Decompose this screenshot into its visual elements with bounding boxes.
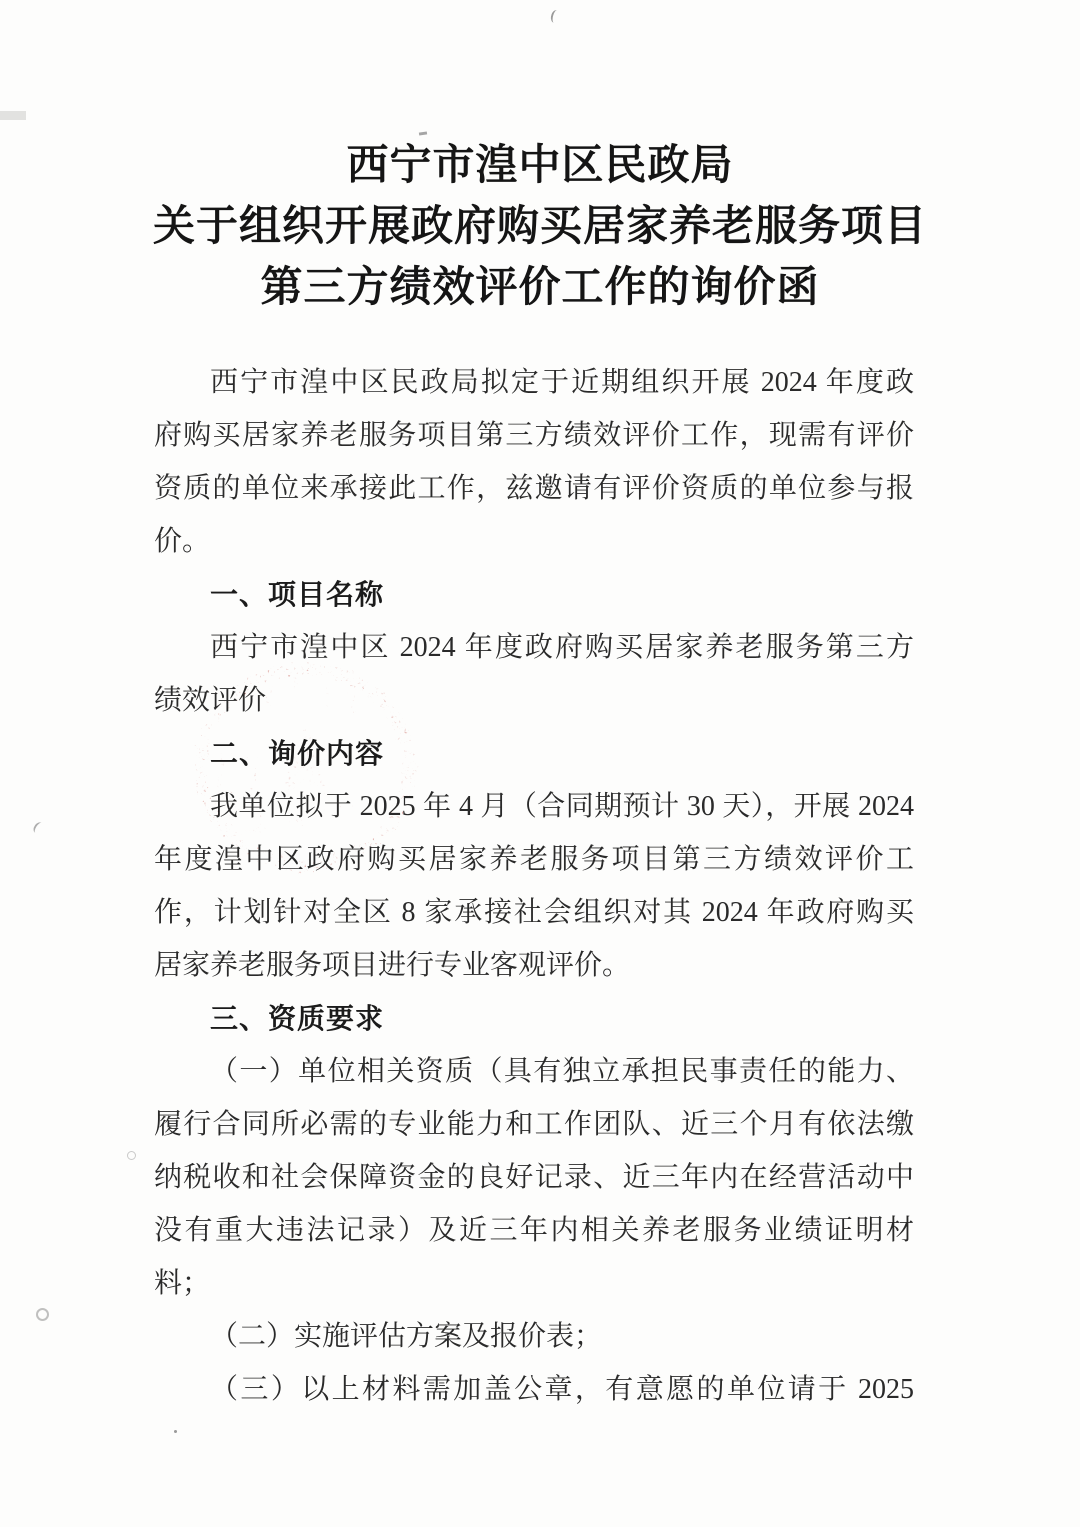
title-line-3: 第三方绩效评价工作的询价函: [0, 258, 1080, 319]
body-line: 府购买居家养老服务项目第三方绩效评价工作，现需有评价: [154, 409, 914, 462]
body-line: 履行合同所必需的专业能力和工作团队、近三个月有依法缴: [154, 1098, 914, 1151]
body-line: （三）以上材料需加盖公章，有意愿的单位请于 2025: [154, 1363, 914, 1416]
scan-artifact: [127, 1151, 136, 1160]
body-line: 作，计划针对全区 8 家承接社会组织对其 2024 年政府购买: [154, 886, 914, 939]
title-line-2: 关于组织开展政府购买居家养老服务项目: [0, 197, 1080, 258]
body-line: 没有重大违法记录）及近三年内相关养老服务业绩证明材: [154, 1204, 914, 1257]
body-line: 西宁市湟中区 2024 年度政府购买居家养老服务第三方: [154, 621, 914, 674]
document-body: 西宁市湟中区民政局拟定于近期组织开展 2024 年度政 府购买居家养老服务项目第…: [154, 356, 914, 1416]
body-line: 绩效评价: [154, 674, 914, 727]
body-line: （二）实施评估方案及报价表；: [154, 1310, 914, 1363]
body-line: 西宁市湟中区民政局拟定于近期组织开展 2024 年度政: [154, 356, 914, 409]
body-line: 资质的单位来承接此工作，兹邀请有评价资质的单位参与报: [154, 462, 914, 515]
body-line: 我单位拟于 2025 年 4 月（合同期预计 30 天），开展 2024: [154, 780, 914, 833]
scan-artifact: [36, 1308, 49, 1321]
scanned-document-page: 西宁市湟中区民政局 关于组织开展政府购买居家养老服务项目 第三方绩效评价工作的询…: [0, 0, 1080, 1527]
body-line: 料；: [154, 1257, 914, 1310]
body-line: 纳税收和社会保障资金的良好记录、近三年内在经营活动中: [154, 1151, 914, 1204]
document-title: 西宁市湟中区民政局 关于组织开展政府购买居家养老服务项目 第三方绩效评价工作的询…: [0, 136, 1080, 319]
scan-artifact: [550, 9, 562, 24]
body-line: 年度湟中区政府购买居家养老服务项目第三方绩效评价工: [154, 833, 914, 886]
section-heading-3: 三、资质要求: [154, 992, 914, 1045]
section-heading-1: 一、项目名称: [154, 568, 914, 621]
scan-artifact: [174, 1430, 177, 1433]
body-line: （一）单位相关资质（具有独立承担民事责任的能力、: [154, 1045, 914, 1098]
section-heading-2: 二、询价内容: [154, 727, 914, 780]
body-line: 价。: [154, 515, 914, 568]
body-line: 居家养老服务项目进行专业客观评价。: [154, 939, 914, 992]
scan-artifact: [0, 111, 26, 120]
scan-artifact: [419, 131, 427, 135]
scan-artifact: [32, 821, 46, 836]
title-line-1: 西宁市湟中区民政局: [0, 136, 1080, 197]
